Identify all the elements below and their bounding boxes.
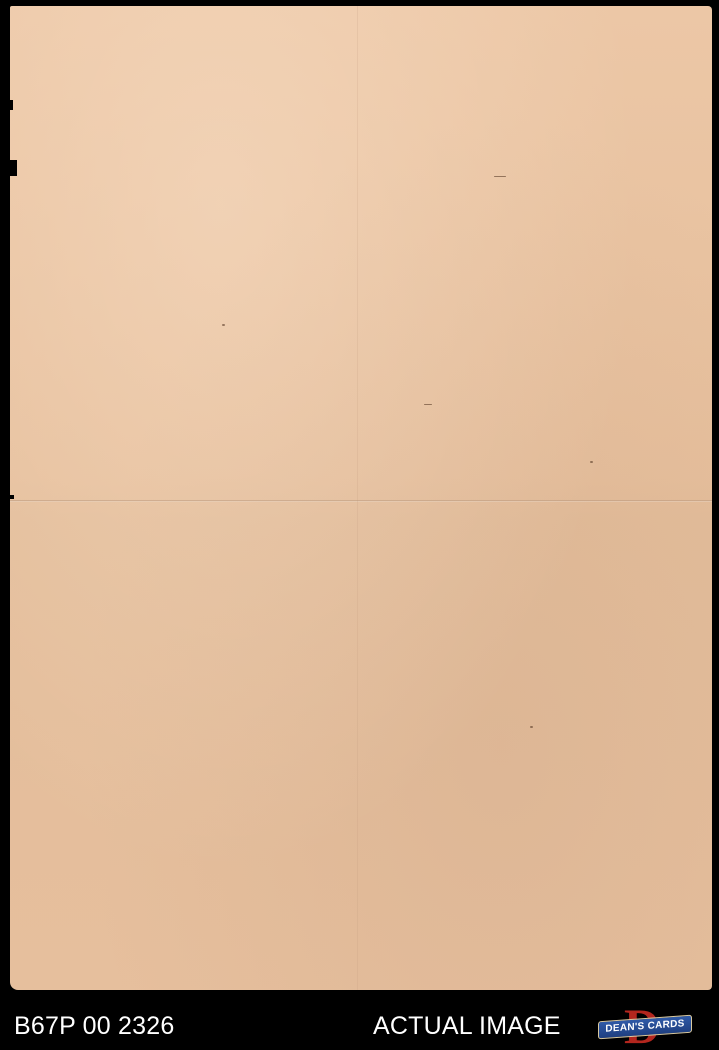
paper-speck	[590, 461, 593, 463]
caption-bar: B67P 00 2326 ACTUAL IMAGE D DEAN'S CARDS	[0, 1000, 719, 1050]
item-code: B67P 00 2326	[14, 1012, 174, 1041]
paper-speck	[530, 726, 533, 728]
edge-wear	[9, 495, 14, 499]
paper-speck	[494, 176, 506, 177]
edge-wear	[9, 100, 13, 110]
edge-wear	[9, 160, 17, 176]
horizontal-fold-line	[10, 500, 712, 502]
logo-banner-text: DEAN'S CARDS	[598, 1015, 692, 1040]
actual-image-label: ACTUAL IMAGE	[373, 1012, 561, 1041]
card-back-paper	[10, 6, 712, 990]
vertical-crease	[357, 6, 358, 990]
paper-speck	[424, 404, 432, 405]
card-scan-area	[0, 0, 719, 1000]
deans-cards-logo: D DEAN'S CARDS	[598, 1004, 690, 1048]
paper-speck	[222, 324, 225, 326]
